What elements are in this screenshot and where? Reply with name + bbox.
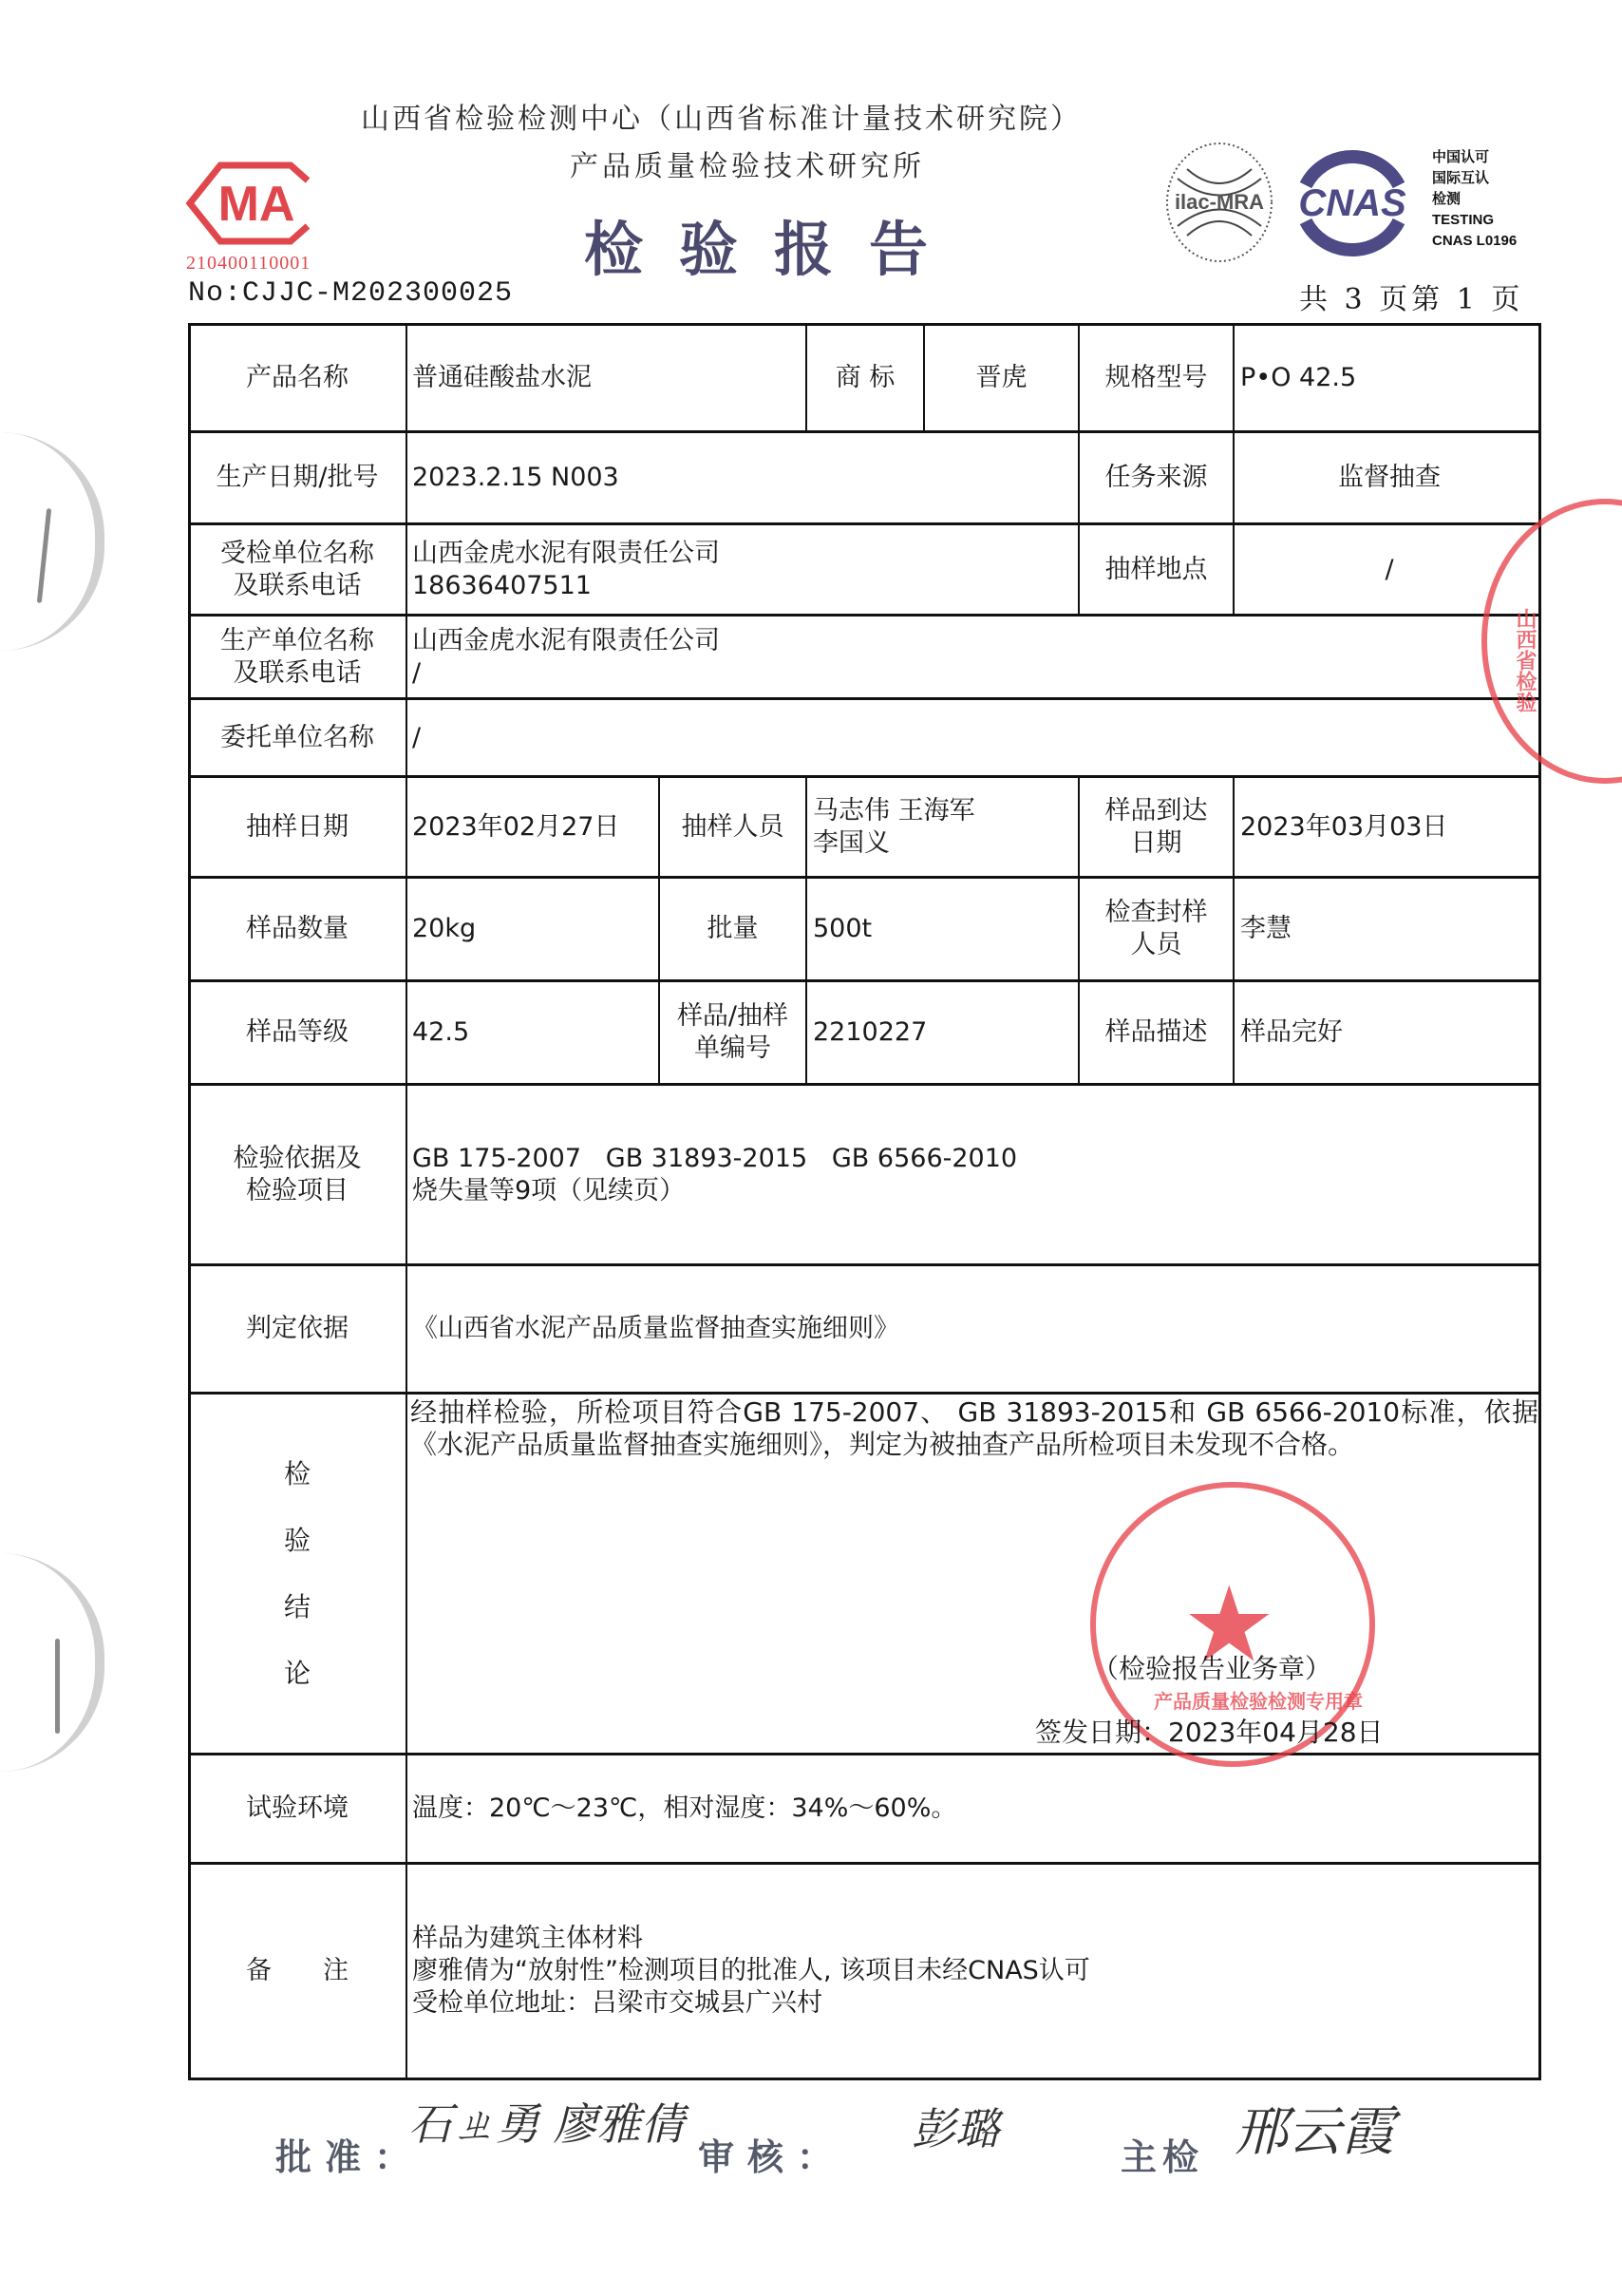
page-info: 共 3 页第 1 页 xyxy=(1299,275,1523,317)
inspected-unit-value: 山西金虎水泥有限责任公司 18636407511 xyxy=(406,525,1078,614)
production-date-label: 生产日期/批号 xyxy=(188,433,406,522)
trademark-label: 商 标 xyxy=(807,326,923,430)
grade-label: 样品等级 xyxy=(188,982,406,1083)
cnas-accreditation-text: 中国认可 国际互认 检测 TESTING CNAS L0196 xyxy=(1432,147,1517,252)
binder-pin-bottom xyxy=(55,1639,60,1734)
task-source-label: 任务来源 xyxy=(1080,433,1233,522)
conclusion-text: 经抽样检验，所检项目符合GB 175-2007、 GB 31893-2015和 … xyxy=(410,1396,1538,1461)
stamp-caption: （检验报告业务章） xyxy=(1092,1648,1331,1686)
inspected-unit-label: 受检单位名称 及联系电话 xyxy=(188,525,406,614)
inspector-label: 主检 xyxy=(1121,2128,1204,2180)
svg-text:MA: MA xyxy=(218,177,295,232)
sampling-site-label: 抽样地点 xyxy=(1080,525,1233,614)
svg-text:ilac-MRA: ilac-MRA xyxy=(1175,190,1264,214)
product-name-value: 普通硅酸盐水泥 xyxy=(406,326,805,430)
seal-text-bottom: 产品质量检验检测专用章 xyxy=(1154,1686,1363,1714)
trademark-value: 晋虎 xyxy=(925,326,1078,430)
sample-no-label: 样品/抽样 单编号 xyxy=(660,982,805,1083)
judgement-label: 判定依据 xyxy=(188,1266,406,1392)
product-name-label: 产品名称 xyxy=(188,326,406,430)
svg-text:CNAS: CNAS xyxy=(1298,182,1406,224)
judgement-value: 《山西省水泥产品质量监督抽查实施细则》 xyxy=(406,1266,1537,1392)
production-date-value: 2023.2.15 N003 xyxy=(406,433,1078,522)
binder-hole-bottom xyxy=(0,1553,104,1772)
org-name-line1: 山西省检验检测中心（山西省标准计量技术研究院） xyxy=(361,95,1082,137)
sample-qty-label: 样品数量 xyxy=(188,879,406,979)
environment-value: 温度：20℃～23℃，相对湿度：34%～60%。 xyxy=(406,1755,1537,1862)
samplers-label: 抽样人员 xyxy=(660,778,805,876)
client-value: / xyxy=(406,700,1537,775)
sample-qty-value: 20kg xyxy=(406,879,658,979)
producer-label: 生产单位名称 及联系电话 xyxy=(188,617,406,697)
sample-desc-label: 样品描述 xyxy=(1080,982,1233,1083)
review-signature: 彭璐 xyxy=(912,2095,999,2157)
client-label: 委托单位名称 xyxy=(188,700,406,775)
conclusion-label: 检 验 结 论 xyxy=(188,1392,406,1753)
sample-no-value: 2210227 xyxy=(807,982,1078,1083)
sampling-date-value: 2023年02月27日 xyxy=(406,778,658,876)
sampling-date-label: 抽样日期 xyxy=(188,778,406,876)
spec-value: P•O 42.5 xyxy=(1235,326,1538,430)
edge-seal-text: 山西省检验 xyxy=(1510,608,1539,712)
grade-value: 42.5 xyxy=(406,982,658,1083)
approve-signature: 石ㄓ勇 廖雅倩 xyxy=(408,2090,685,2153)
inspector-signature: 邢云霞 xyxy=(1235,2090,1394,2166)
batch-value: 500t xyxy=(807,879,1078,979)
sample-desc-value: 样品完好 xyxy=(1235,982,1538,1083)
arrival-date-label: 样品到达 日期 xyxy=(1080,778,1233,876)
basis-label: 检验依据及 检验项目 xyxy=(188,1086,406,1263)
environment-label: 试验环境 xyxy=(188,1755,406,1862)
samplers-value: 马志伟 王海军 李国义 xyxy=(807,778,1078,876)
issue-date: 签发日期：2023年04月28日 xyxy=(1035,1712,1384,1750)
sealer-label: 检查封样 人员 xyxy=(1080,879,1233,979)
cnas-logo: CNAS xyxy=(1287,147,1418,259)
review-label: 审核： xyxy=(698,2128,846,2180)
ilac-mra-logo: ilac-MRA xyxy=(1163,141,1275,264)
cma-logo: MA xyxy=(184,160,327,247)
org-name-line2: 产品质量检验技术研究所 xyxy=(570,142,925,184)
report-number: No:CJJC-M202300025 xyxy=(188,277,513,310)
cma-code: 210400110001 xyxy=(186,253,311,275)
remarks-value: 样品为建筑主体材料 廖雅倩为“放射性”检测项目的批准人, 该项目未经CNAS认可… xyxy=(406,1865,1537,2078)
producer-value: 山西金虎水泥有限责任公司 / xyxy=(406,617,1537,697)
report-title: 检验报告 xyxy=(584,202,964,287)
batch-label: 批量 xyxy=(660,879,805,979)
task-source-value: 监督抽查 xyxy=(1235,433,1538,522)
basis-value: GB 175-2007 GB 31893-2015 GB 6566-2010 烧… xyxy=(406,1086,1537,1263)
arrival-date-value: 2023年03月03日 xyxy=(1235,778,1538,876)
sealer-value: 李慧 xyxy=(1235,879,1538,979)
spec-label: 规格型号 xyxy=(1080,326,1233,430)
remarks-label: 备 注 xyxy=(188,1865,406,2078)
approve-label: 批准： xyxy=(275,2128,424,2180)
binder-hole-top xyxy=(0,432,104,651)
